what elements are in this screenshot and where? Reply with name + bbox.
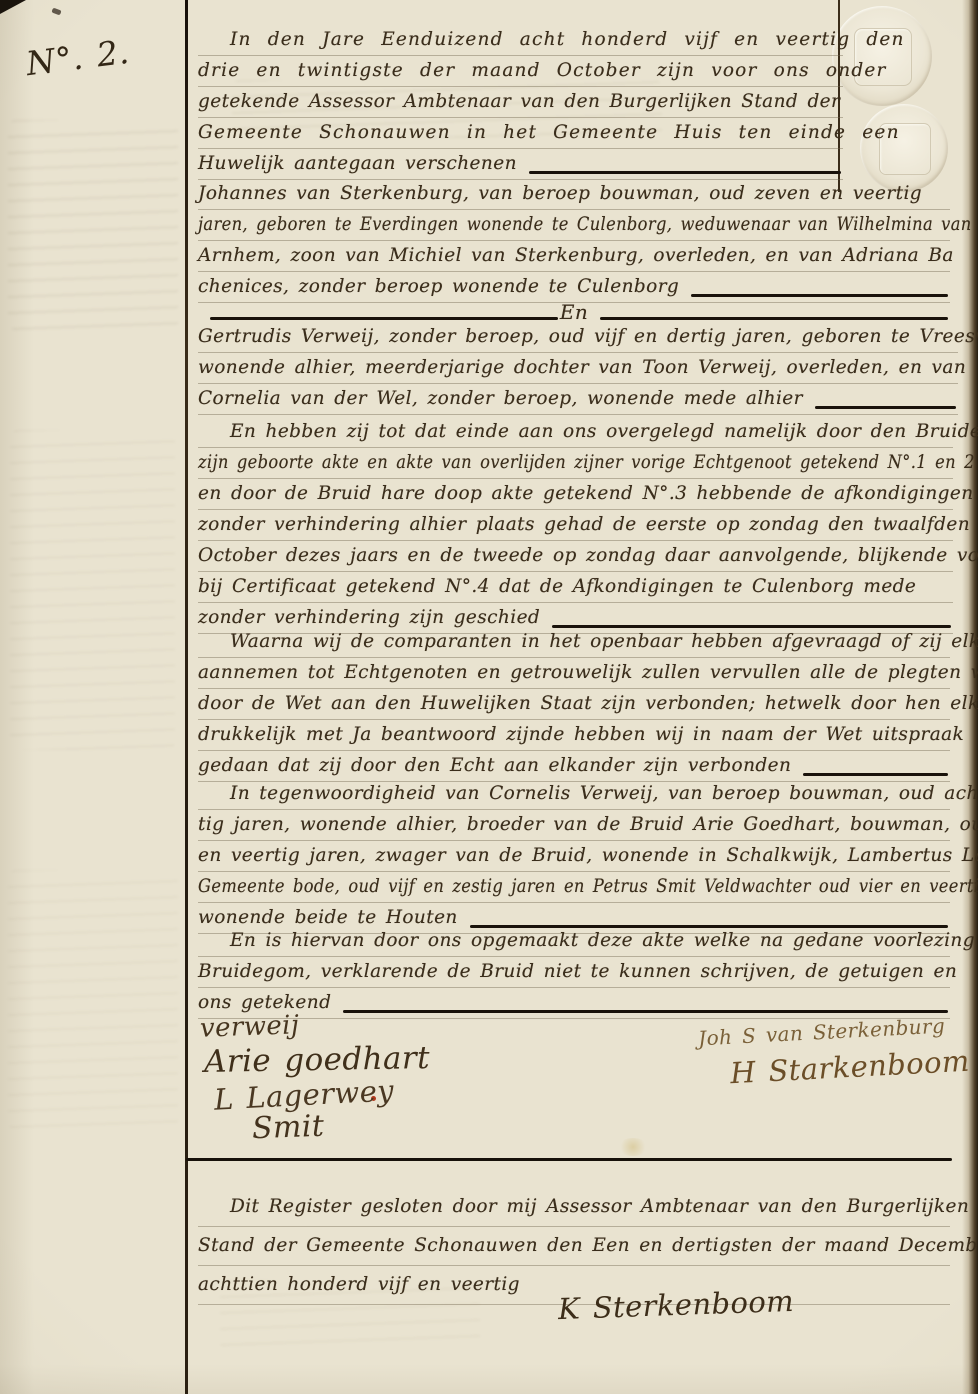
act-line-text: Gertrudis Verweij, zonder beroep, oud vi… [198, 322, 978, 352]
act-line: Johannes van Sterkenburg, van beroep bou… [198, 179, 950, 210]
act-line: zonder verhindering alhier plaats gehad … [198, 510, 953, 541]
act-line-text: Cornelia van der Wel, zonder beroep, won… [198, 384, 803, 414]
act-line: En hebben zij tot dat einde aan ons over… [198, 417, 953, 448]
bleedthrough-patch [8, 120, 178, 330]
act-line-text: zijn geboorte akte en akte van overlijde… [198, 448, 975, 478]
act-line: Arnhem, zoon van Michiel van Sterkenburg… [198, 241, 950, 272]
act-line-text: en door de Bruid hare doop akte getekend… [198, 479, 974, 509]
paragraph-act-closing: En is hiervan door ons opgemaakt deze ak… [198, 926, 950, 1019]
act-line-text: In tegenwoordigheid van Cornelis Verweij… [230, 779, 978, 809]
act-line: door de Wet aan den Huwelijken Staat zij… [198, 689, 950, 720]
act-line-text: Bruidegom, verklarende de Bruid niet te … [198, 957, 957, 987]
closing-line-text: achttien honderd vijf en veertig [198, 1266, 520, 1304]
signature-witness-smit: Smit [251, 1109, 324, 1147]
scan-corner-artifact [0, 0, 26, 14]
act-line: ons getekend [198, 988, 950, 1019]
margin-rule-vertical [185, 0, 188, 1394]
line-filler-rule [600, 317, 948, 320]
bleedthrough-patch [10, 430, 175, 750]
act-line-text: jaren, geboren te Everdingen wonende te … [198, 210, 972, 240]
marriage-record-scan: N°. 2. In den Jare Eenduizend acht honde… [0, 0, 978, 1394]
act-line: Gemeente Schonauwen in het Gemeente Huis… [198, 118, 843, 149]
register-closing: Dit Register gesloten door mij Assessor … [198, 1188, 950, 1305]
act-line: Gemeente bode, oud vijf en zestig jaren … [198, 872, 950, 903]
act-line-text: Johannes van Sterkenburg, van beroep bou… [198, 179, 922, 209]
act-line-text: zonder verhindering alhier plaats gehad … [198, 510, 970, 540]
act-line-text: aannemen tot Echtgenoten en getrouwelijk… [198, 658, 978, 688]
act-line: zijn geboorte akte en akte van overlijde… [198, 448, 953, 479]
act-line: aannemen tot Echtgenoten en getrouwelijk… [198, 658, 950, 689]
act-line-text: October dezes jaars en de tweede op zond… [198, 541, 978, 571]
act-line: bij Certificaat getekend N°.4 dat de Afk… [198, 572, 953, 603]
act-line-text: Gemeente bode, oud vijf en zestig jaren … [198, 872, 978, 902]
line-filler-rule [210, 317, 558, 320]
closing-line-text: Dit Register gesloten door mij Assessor … [230, 1188, 969, 1226]
act-line: drukkelijk met Ja beantwoord zijnde hebb… [198, 720, 950, 751]
act-line: getekende Assessor Ambtenaar van den Bur… [198, 87, 843, 118]
act-line: en door de Bruid hare doop akte getekend… [198, 479, 953, 510]
closing-line: Stand der Gemeente Schonauwen den Een en… [198, 1227, 950, 1266]
act-line-text: drie en twintigste der maand October zij… [198, 56, 887, 86]
act-line: In den Jare Eenduizend acht honderd vijf… [198, 25, 843, 56]
act-line: In tegenwoordigheid van Cornelis Verweij… [198, 779, 950, 810]
act-line-text: Huwelijk aantegaan verschenen [198, 149, 517, 179]
paragraph-vows: Waarna wij de comparanten in het openbaa… [198, 627, 950, 782]
signature-witness-verweij: verweij [200, 1010, 300, 1043]
act-line-text: In den Jare Eenduizend acht honderd vijf… [230, 25, 905, 55]
act-line-text: getekende Assessor Ambtenaar van den Bur… [198, 87, 840, 117]
act-line: wonende alhier, meerderjarige dochter va… [198, 353, 958, 384]
act-line: Huwelijk aantegaan verschenen [198, 149, 843, 180]
act-line-text: En hebben zij tot dat einde aan ons over… [230, 417, 978, 447]
line-filler-rule [803, 773, 948, 776]
act-line-text: En is hiervan door ons opgemaakt deze ak… [230, 926, 978, 956]
closing-line: Dit Register gesloten door mij Assessor … [198, 1188, 950, 1227]
line-filler-rule [343, 1010, 948, 1013]
act-line: October dezes jaars en de tweede op zond… [198, 541, 953, 572]
signature-witness-goedhart: Arie goedhart [204, 1040, 431, 1080]
act-line-text: Gemeente Schonauwen in het Gemeente Huis… [198, 118, 900, 148]
paragraph-groom: Johannes van Sterkenburg, van beroep bou… [198, 179, 950, 303]
act-line: en veertig jaren, zwager van de Bruid, w… [198, 841, 950, 872]
signature-official: H Starkenboom [729, 1044, 970, 1091]
act-number: N°. 2. [24, 32, 131, 83]
act-line-text: en veertig jaren, zwager van de Bruid, w… [198, 841, 978, 871]
paper-stain [618, 1138, 648, 1156]
act-line-text: Waarna wij de comparanten in het openbaa… [230, 627, 978, 657]
act-line: gedaan dat zij door den Echt aan elkande… [198, 751, 950, 782]
act-line: Bruidegom, verklarende de Bruid niet te … [198, 957, 950, 988]
act-line-text: Arnhem, zoon van Michiel van Sterkenburg… [198, 241, 954, 271]
line-filler-rule [529, 171, 841, 174]
ink-speck [51, 8, 61, 16]
act-line-text: gedaan dat zij door den Echt aan elkande… [198, 751, 791, 781]
act-line: Waarna wij de comparanten in het openbaa… [198, 627, 950, 658]
act-line-text: wonende alhier, meerderjarige dochter va… [198, 353, 966, 383]
bleedthrough-patch [8, 870, 178, 1130]
act-line-text: drukkelijk met Ja beantwoord zijnde hebb… [198, 720, 964, 750]
act-line-text: door de Wet aan den Huwelijken Staat zij… [198, 689, 978, 719]
paragraph-opening: In den Jare Eenduizend acht honderd vijf… [198, 25, 843, 180]
paragraph-witnesses: In tegenwoordigheid van Cornelis Verweij… [198, 779, 950, 934]
act-line: En is hiervan door ons opgemaakt deze ak… [198, 926, 950, 957]
act-line: tig jaren, wonende alhier, broeder van d… [198, 810, 950, 841]
act-line-text: bij Certificaat getekend N°.4 dat de Afk… [198, 572, 916, 602]
act-line: jaren, geboren te Everdingen wonende te … [198, 210, 950, 241]
paragraph-documents: En hebben zij tot dat einde aan ons over… [198, 417, 953, 634]
signature-groom: Joh S van Sterkenburg [698, 1014, 946, 1051]
signature-official-closing: K Sterkenboom [557, 1284, 794, 1326]
act-line: Cornelia van der Wel, zonder beroep, won… [198, 384, 958, 415]
line-filler-rule [815, 406, 956, 409]
closing-line-text: Stand der Gemeente Schonauwen den Een en… [198, 1227, 978, 1265]
act-line: drie en twintigste der maand October zij… [198, 56, 843, 87]
paragraph-bride: Gertrudis Verweij, zonder beroep, oud vi… [198, 322, 958, 415]
act-line-text: tig jaren, wonende alhier, broeder van d… [198, 810, 978, 840]
section-divider-rule [186, 1158, 952, 1161]
act-line: Gertrudis Verweij, zonder beroep, oud vi… [198, 322, 958, 353]
